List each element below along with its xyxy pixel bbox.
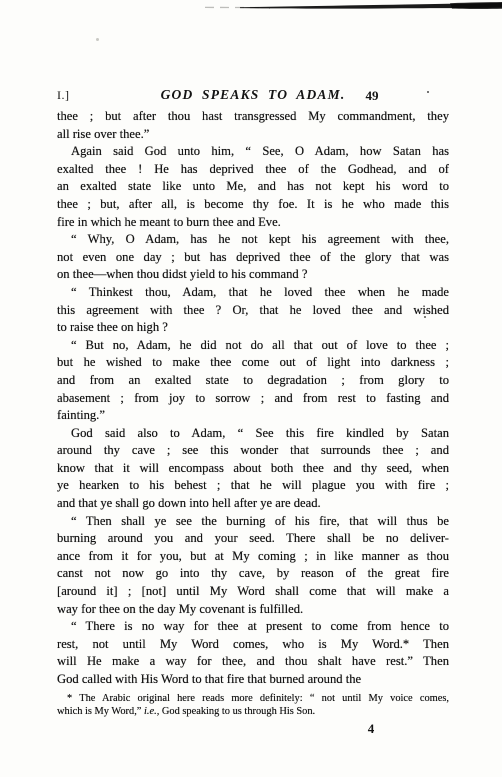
text-line: God said also to Adam, “ See this fire k… [57, 425, 449, 443]
footnote-line: which is My Word,” i.e., God speaking to… [57, 705, 449, 719]
text-line: all rise over thee.” [57, 126, 449, 144]
text-line: know that it will encompass about both t… [57, 460, 449, 478]
running-title: GOD SPEAKS TO ADAM. [57, 87, 449, 103]
text-line: rest, not until My Word comes, who is My… [57, 636, 449, 654]
text-line: “ There is no way for thee at present to… [57, 618, 449, 636]
text-line: God called with His Word to that fire th… [57, 671, 449, 689]
text-line: way for thee on the day My covenant is f… [57, 601, 449, 619]
signature-mark: 4 [360, 721, 382, 737]
text-line: to raise thee on high ? [57, 319, 449, 337]
footnote-text: * The Arabic original here reads more de… [67, 693, 449, 704]
text-line: fire in which he meant to burn thee and … [57, 214, 449, 232]
text-line: “ Thinkest thou, Adam, that he loved the… [57, 284, 449, 302]
text-line: Again said God unto him, “ See, O Adam, … [57, 143, 449, 161]
text-line: and from an exalted state to degradation… [57, 372, 449, 390]
footnote-text: which is My Word,” [57, 706, 144, 717]
text-line: [around it] ; [not] until My Word shall … [57, 583, 449, 601]
text-line: but he wished to make thee come out of l… [57, 354, 449, 372]
footnote-italic-text: i.e., [144, 706, 159, 717]
text-line: “ But no, Adam, he did not do all that o… [57, 337, 449, 355]
text-line: on thee—when thou didst yield to his com… [57, 266, 449, 284]
text-line: thee ; but after thou hast transgressed … [57, 108, 449, 126]
text-line: abasement ; from joy to sorrow ; and fro… [57, 390, 449, 408]
footnote-text: God speaking to us through His Son. [159, 706, 315, 717]
footnote: * The Arabic original here reads more de… [57, 692, 449, 719]
scan-artifact [200, 0, 502, 12]
book-page: I.] GOD SPEAKS TO ADAM. 49 thee ; but af… [0, 0, 502, 777]
text-line: not even one day ; but has deprived thee… [57, 249, 449, 267]
running-header: I.] GOD SPEAKS TO ADAM. 49 [57, 87, 449, 108]
text-line: thee ; but, after all, is become thy foe… [57, 196, 449, 214]
body-text: thee ; but after thou hast transgressed … [57, 108, 449, 689]
text-line: burning around you and your seed. There … [57, 530, 449, 548]
text-line: an exalted state like unto Me, and has n… [57, 178, 449, 196]
text-line: “ Why, O Adam, has he not kept his agree… [57, 231, 449, 249]
text-line: and that ye shall go down into hell afte… [57, 495, 449, 513]
text-line: exalted thee ! He has deprived thee of t… [57, 161, 449, 179]
page-number: 49 [357, 88, 387, 104]
text-line: canst not now go into thy cave, by reaso… [57, 565, 449, 583]
text-line: ye hearken to his behest ; that he will … [57, 477, 449, 495]
footnote-line: * The Arabic original here reads more de… [57, 692, 449, 706]
text-line: will He make a way for thee, and thou sh… [57, 653, 449, 671]
text-line: around thy cave ; see this wonder that s… [57, 442, 449, 460]
text-line: ance from it for you, but at My coming ;… [57, 548, 449, 566]
text-line: fainting.” [57, 407, 449, 425]
text-column: I.] GOD SPEAKS TO ADAM. 49 thee ; but af… [57, 87, 449, 719]
text-line: “ Then shall ye see the burning of his f… [57, 513, 449, 531]
dust-speck [96, 38, 99, 41]
text-line: this agreement with thee ? Or, that he l… [57, 302, 449, 320]
